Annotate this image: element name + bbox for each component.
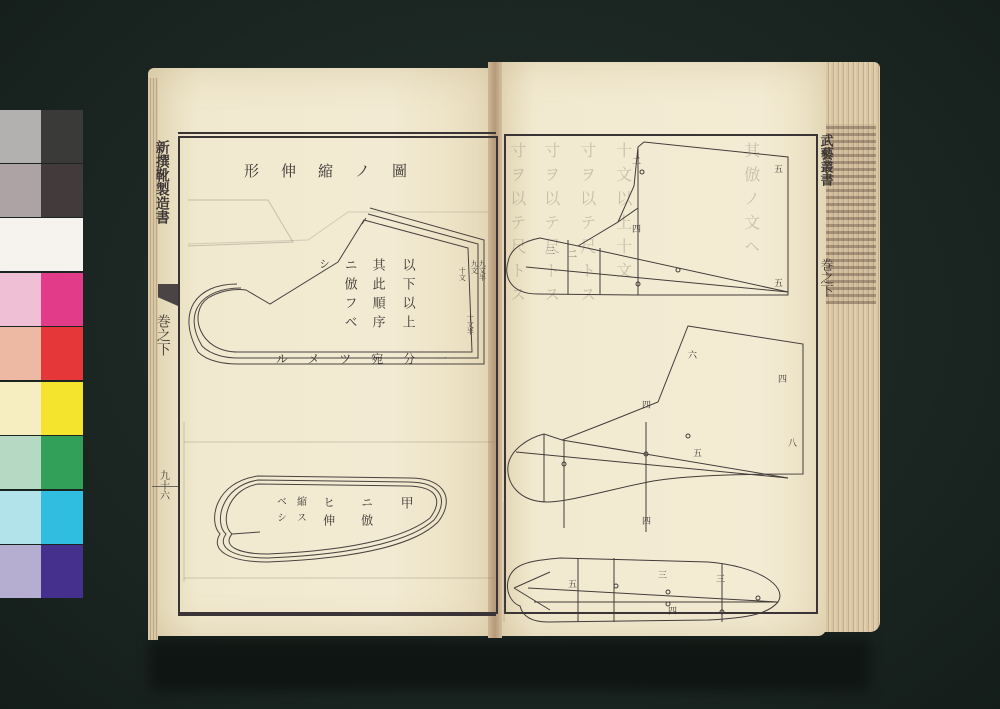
swatch: [41, 545, 83, 598]
diagram-label: 二: [568, 250, 577, 260]
swatch: [0, 327, 41, 380]
diagram-label: 四: [668, 606, 677, 617]
swatch: [0, 545, 41, 598]
swatch: [41, 164, 83, 217]
swatch: [0, 436, 41, 489]
diagram-label: 五: [568, 579, 577, 590]
diagram-label: 三: [658, 570, 667, 581]
diagram-label: 五: [693, 448, 702, 459]
diagram-label: 五: [774, 164, 783, 175]
diagram-label: 三: [546, 246, 555, 257]
swatch: [0, 164, 41, 217]
diagram-label: 五: [774, 278, 783, 289]
swatch: [41, 436, 83, 489]
book-shadow: [150, 640, 870, 690]
swatch: [0, 218, 83, 271]
swatch: [41, 382, 83, 435]
diagram-label: 四: [642, 400, 651, 411]
diagram-label: 三: [716, 574, 725, 585]
diagram-label: 四: [778, 374, 787, 385]
swatch: [0, 491, 41, 544]
swatch: [41, 327, 83, 380]
diagram-label: 四: [632, 224, 641, 235]
diagram-label: 二: [632, 157, 641, 167]
swatch: [41, 273, 83, 326]
diagram-label: 六: [688, 350, 698, 361]
pattern-diagrams: 二 五 五 四 三 二 六 四 八 四 四 五 五 三 四 三: [148, 62, 828, 642]
swatch: [0, 273, 41, 326]
color-calibration-strip: [0, 110, 83, 598]
swatch: [0, 382, 41, 435]
diagram-label: 四: [642, 516, 651, 527]
swatch: [41, 110, 83, 163]
open-book: 新撰靴製造書 巻之下 九十六 形伸縮ノ圖 以下以上 其此順序 ニ倣フベ シ 一分…: [148, 62, 880, 642]
swatch: [41, 491, 83, 544]
diagram-label: 八: [788, 438, 797, 449]
swatch: [0, 110, 41, 163]
